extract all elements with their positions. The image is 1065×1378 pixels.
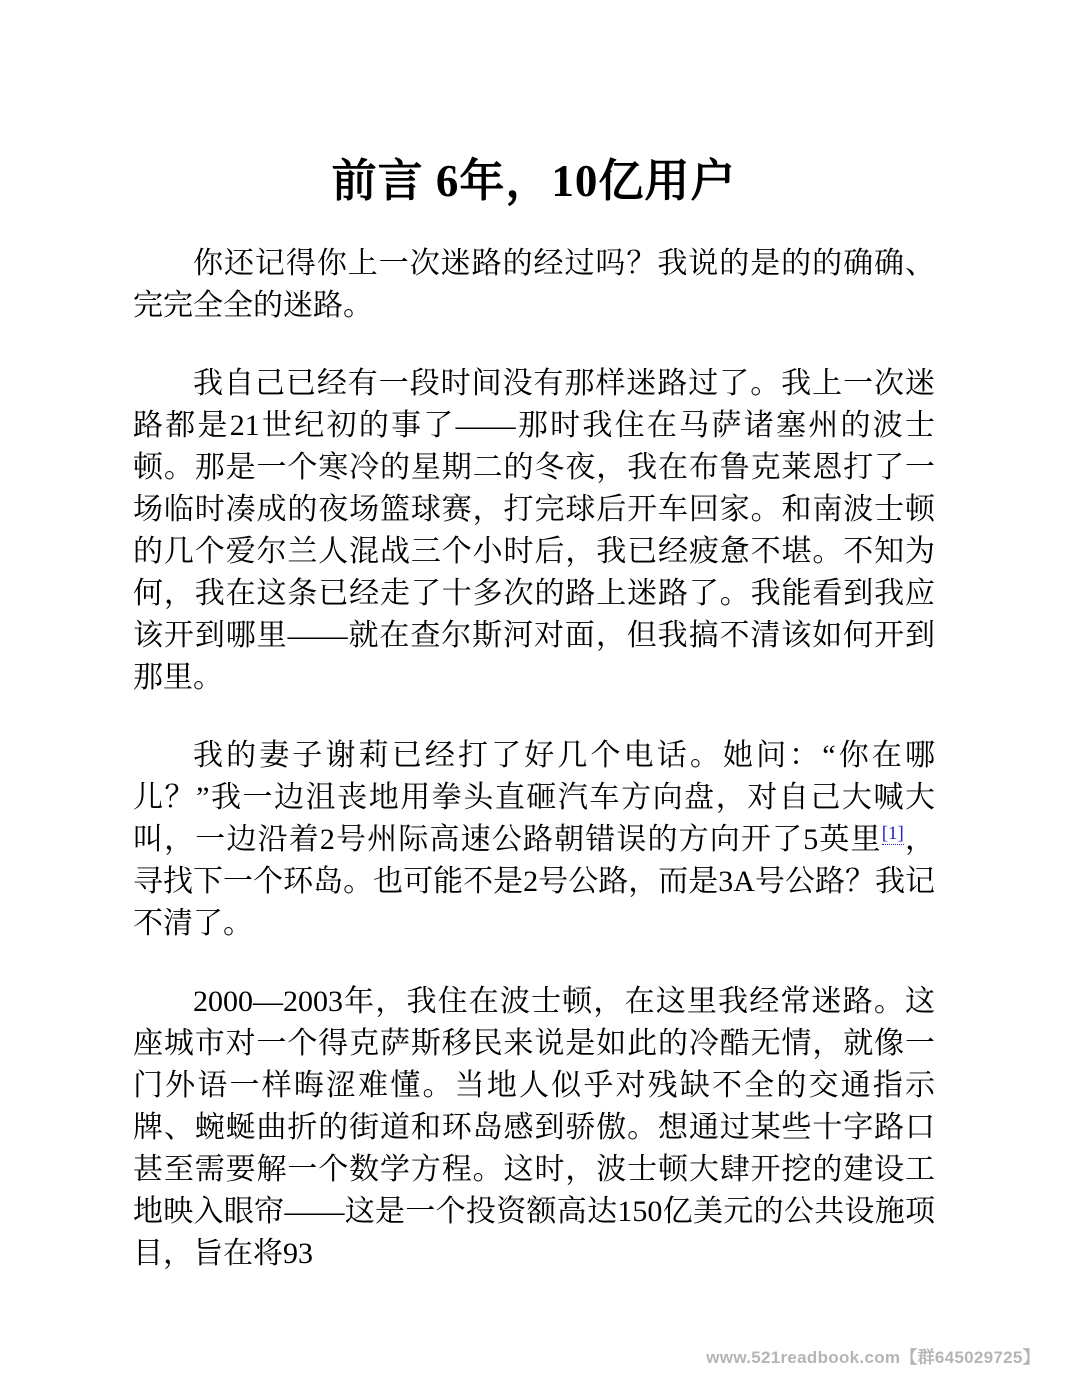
footnote-1-link[interactable]: [1] — [882, 823, 904, 845]
document-page: 前言 6年，10亿用户 你还记得你上一次迷路的经过吗？我说的是的的确确、完完全全… — [133, 0, 935, 1275]
watermark: www.521readbook.com【群645029725】 — [706, 1343, 1040, 1368]
paragraph-1: 你还记得你上一次迷路的经过吗？我说的是的的确确、完完全全的迷路。 — [133, 243, 935, 327]
paragraph-3-text-before: 我的妻子谢莉已经打了好几个电话。她问：“你在哪儿？”我一边沮丧地用拳头直砸汽车方… — [133, 739, 935, 856]
chapter-title: 前言 6年，10亿用户 — [133, 155, 935, 207]
paragraph-4: 2000—2003年，我住在波士顿，在这里我经常迷路。这座城市对一个得克萨斯移民… — [133, 981, 935, 1275]
paragraph-2: 我自己已经有一段时间没有那样迷路过了。我上一次迷路都是21世纪初的事了——那时我… — [133, 363, 935, 699]
paragraph-3: 我的妻子谢莉已经打了好几个电话。她问：“你在哪儿？”我一边沮丧地用拳头直砸汽车方… — [133, 735, 935, 945]
